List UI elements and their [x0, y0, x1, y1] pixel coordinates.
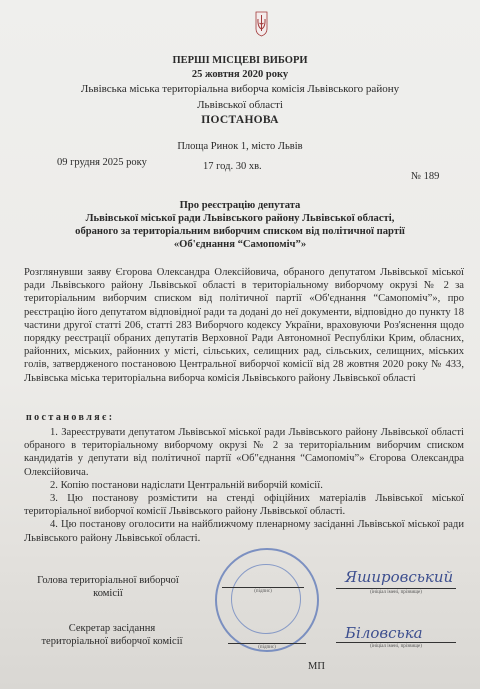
resolution-item-1: 1. Зареєструвати депутатом Львівської мі… [24, 426, 464, 479]
commission-name-line2: Львівської області [0, 99, 480, 111]
chair-name-line [336, 588, 456, 589]
seal-inner-ring [231, 564, 301, 634]
document-date: 09 грудня 2025 року [57, 157, 147, 168]
secretary-label: Секретар засідання територіальної виборч… [22, 622, 202, 648]
resolution-item-3: 3. Цю постанову розмістити на стенді офі… [24, 492, 464, 518]
secretary-signature-caption: (підпис) [228, 645, 306, 650]
subject-line1: Про реєстрацію депутата [40, 199, 440, 212]
document-time: 17 год. 30 хв. [203, 161, 262, 172]
document-number: № 189 [411, 171, 439, 182]
chair-name-caption: (ініціал імені, прізвище) [336, 590, 456, 595]
secretary-signature-line [228, 643, 306, 644]
chair-signature-caption: (підпис) [222, 589, 304, 594]
secretary-label-line1: Секретар засідання [22, 622, 202, 635]
seal-mark: МП [308, 661, 325, 672]
trident-coat-of-arms-icon [255, 11, 268, 37]
election-date: 25 жовтня 2020 року [0, 69, 480, 80]
subject-line3: обраного за територіальним виборчим спис… [40, 225, 440, 238]
subject-line2: Львівської міської ради Львівського райо… [40, 212, 440, 225]
chair-label-line1: Голова територіальної виборчої [28, 574, 188, 587]
subject-line4: «Об'єднання “Самопоміч”» [40, 238, 440, 251]
resolution-item-2: 2. Копію постанови надіслати Центральній… [24, 479, 464, 492]
preamble-paragraph: Розглянувши заяву Єгорова Олександра Оле… [24, 266, 464, 385]
preamble-block: Розглянувши заяву Єгорова Олександра Оле… [24, 266, 464, 385]
document-page: ПЕРШІ МІСЦЕВІ ВИБОРИ 25 жовтня 2020 року… [0, 0, 480, 689]
secretary-label-line2: територіальної виборчої комісії [22, 635, 202, 648]
commission-name-line1: Львівська міська територіальна виборча к… [0, 83, 480, 95]
official-seal-stamp [215, 548, 319, 652]
election-title: ПЕРШІ МІСЦЕВІ ВИБОРИ [0, 55, 480, 66]
chair-label-line2: комісії [28, 587, 188, 600]
resolves-label: постановляє: [26, 412, 115, 423]
chair-label: Голова територіальної виборчої комісії [28, 574, 188, 600]
document-type: ПОСТАНОВА [0, 114, 480, 126]
chair-signature-line [222, 587, 304, 588]
secretary-name-caption: (ініціал імені, прізвище) [336, 644, 456, 649]
address: Площа Ринок 1, місто Львів [0, 141, 480, 152]
secretary-handwritten-name: Біловська [345, 624, 423, 642]
subject-heading: Про реєстрацію депутата Львівської міськ… [40, 199, 440, 251]
resolution-items: 1. Зареєструвати депутатом Львівської мі… [24, 426, 464, 545]
secretary-name-line [336, 642, 456, 643]
chair-handwritten-name: Яшировський [345, 568, 453, 586]
resolution-item-4: 4. Цю постанову оголосити на найближчому… [24, 518, 464, 544]
